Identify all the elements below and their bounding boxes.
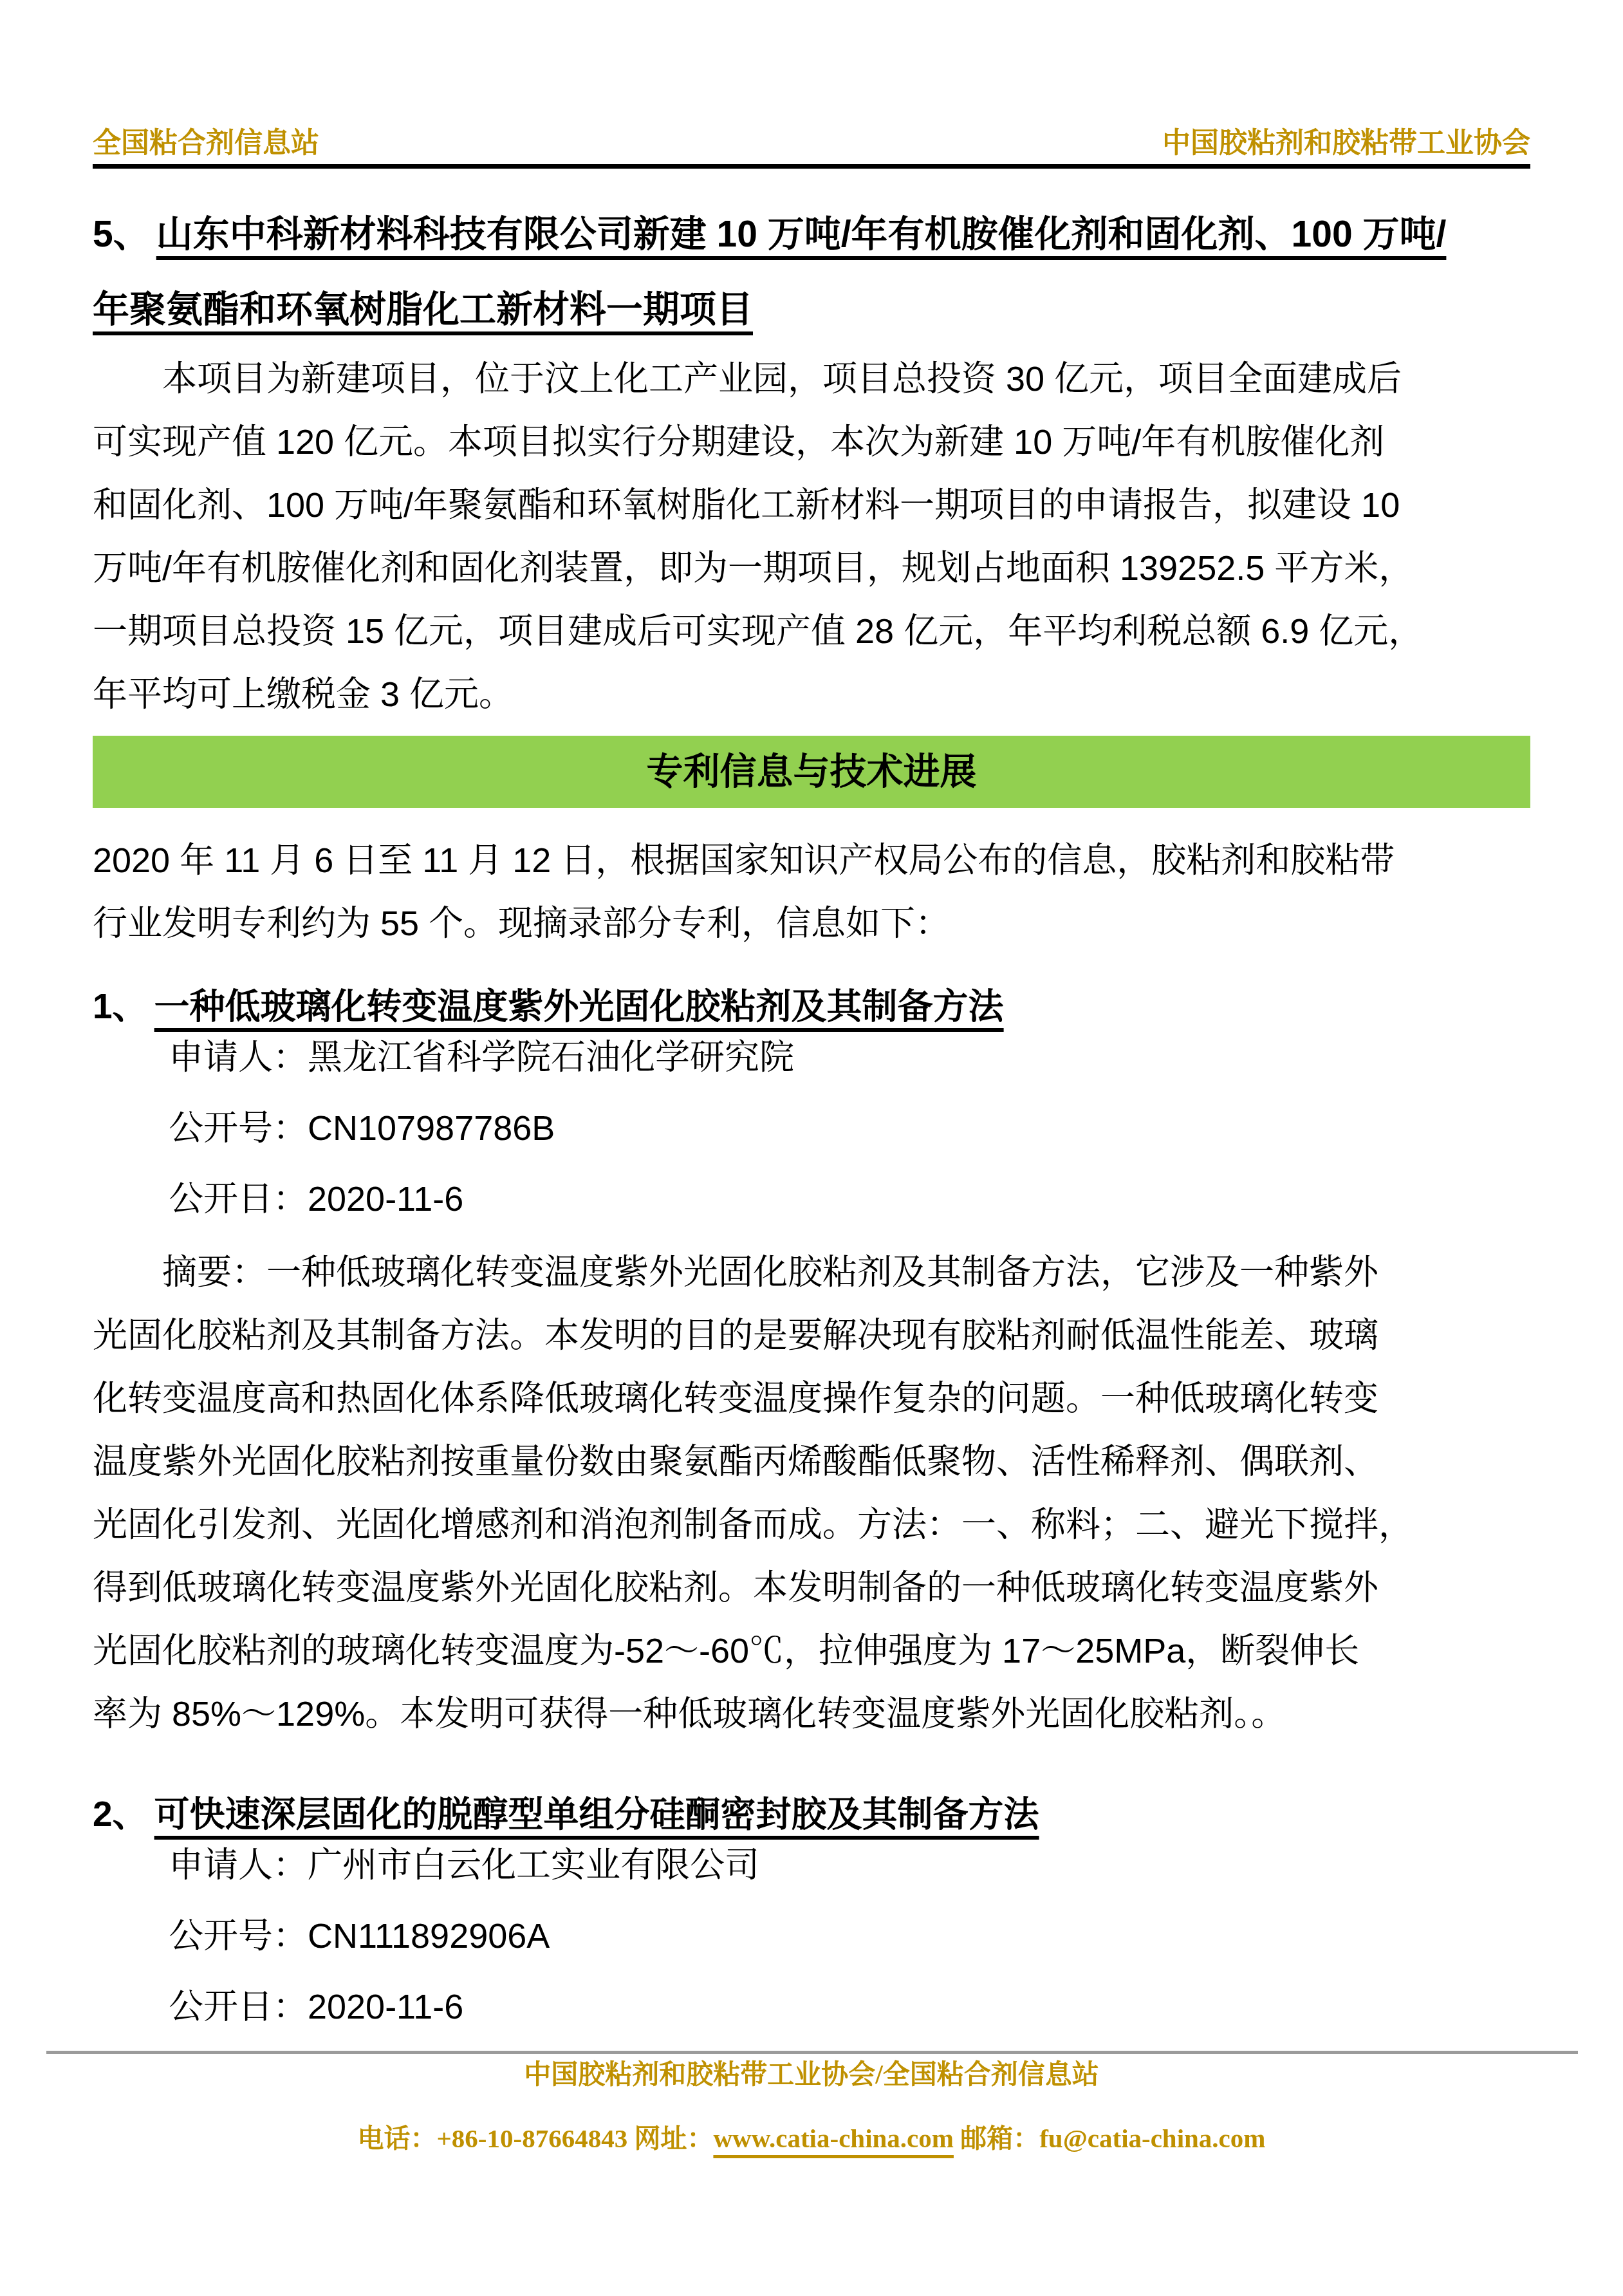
text-line: 光固化胶粘剂的玻璃化转变温度为-52～-60℃，拉伸强度为 17～25MPa，断… — [93, 1619, 1530, 1683]
section-banner: 专利信息与技术进展 — [93, 736, 1530, 808]
applicant-label: 申请人： — [169, 1846, 308, 1885]
patent1-pubno-row: 公开号：CN107987786B — [169, 1093, 1606, 1164]
patent2-title: 可快速深层固化的脱醇型单组分硅酮密封胶及其制备方法 — [154, 1794, 1039, 1834]
footer-org-line: 中国胶粘剂和胶粘带工业协会/全国粘合剂信息站 — [93, 2058, 1530, 2092]
pubno-value: CN107987786B — [308, 1109, 555, 1148]
patent2-pubno-row: 公开号：CN111892906A — [169, 1901, 1606, 1972]
section5-number: 5、 — [93, 214, 156, 255]
patent2-details: 申请人：广州市白云化工实业有限公司 公开号：CN111892906A 公开日：2… — [93, 1830, 1606, 2042]
pubdate-label: 公开日： — [169, 1180, 308, 1218]
phone-label: 电话： — [358, 2123, 437, 2153]
text-line: 得到低玻璃化转变温度紫外光固化胶粘剂。本发明制备的一种低玻璃化转变温度紫外 — [93, 1556, 1530, 1619]
patent1-number: 1、 — [93, 986, 154, 1026]
footer-contact-line: 电话：+86-10-87664843 网址：www.catia-china.co… — [93, 2122, 1530, 2155]
email-value: fu@catia-china.com — [1039, 2123, 1265, 2153]
text-line: 和固化剂、100 万吨/年聚氨酯和环氧树脂化工新材料一期项目的申请报告，拟建设 … — [93, 474, 1530, 537]
text-line: 年平均可上缴税金 3 亿元。 — [93, 663, 1530, 726]
website-label: 网址： — [634, 2123, 713, 2153]
website-link[interactable]: www.catia-china.com — [713, 2123, 954, 2153]
footer-divider — [46, 2051, 1578, 2054]
pubno-label: 公开号： — [169, 1917, 308, 1955]
pubdate-label: 公开日： — [169, 1988, 308, 2026]
document-page: 全国粘合剂信息站 中国胶粘剂和胶粘带工业协会 5、山东中科新材料科技有限公司新建… — [0, 0, 1623, 2296]
text-line: 万吨/年有机胺催化剂和固化剂装置，即为一期项目，规划占地面积 139252.5 … — [93, 537, 1530, 600]
header-right-title: 中国胶粘剂和胶粘带工业协会 — [1162, 120, 1530, 161]
header-left-title: 全国粘合剂信息站 — [93, 120, 319, 161]
applicant-value: 黑龙江省科学院石油化学研究院 — [308, 1038, 794, 1077]
pubno-label: 公开号： — [169, 1109, 308, 1148]
applicant-label: 申请人： — [169, 1038, 308, 1077]
patent1-details: 申请人：黑龙江省科学院石油化学研究院 公开号：CN107987786B 公开日：… — [93, 1022, 1606, 1235]
text-line: 行业发明专利约为 55 个。现摘录部分专利，信息如下： — [93, 892, 1530, 955]
patent2-number: 2、 — [93, 1794, 154, 1834]
patent2-applicant-row: 申请人：广州市白云化工实业有限公司 — [169, 1830, 1606, 1901]
section5-heading: 5、山东中科新材料科技有限公司新建 10 万吨/年有机胺催化剂和固化剂、100 … — [93, 197, 1530, 348]
text-line: 可实现产值 120 亿元。本项目拟实行分期建设，本次为新建 10 万吨/年有机胺… — [93, 411, 1530, 474]
text-line: 温度紫外光固化胶粘剂按重量份数由聚氨酯丙烯酸酯低聚物、活性稀释剂、偶联剂、 — [93, 1430, 1530, 1493]
text-line: 2020 年 11 月 6 日至 11 月 12 日，根据国家知识产权局公布的信… — [93, 829, 1530, 892]
text-line: 光固化引发剂、光固化增感剂和消泡剂制备而成。方法：一、称料；二、避光下搅拌， — [93, 1493, 1530, 1556]
patent1-pubdate-row: 公开日：2020-11-6 — [169, 1164, 1606, 1235]
text-line: 本项目为新建项目，位于汶上化工产业园，项目总投资 30 亿元，项目全面建成后 — [93, 348, 1530, 411]
text-line: 一期项目总投资 15 亿元，项目建成后可实现产值 28 亿元，年平均利税总额 6… — [93, 600, 1530, 663]
text-line: 摘要：一种低玻璃化转变温度紫外光固化胶粘剂及其制备方法，它涉及一种紫外 — [93, 1241, 1530, 1304]
text-line: 光固化胶粘剂及其制备方法。本发明的目的是要解决现有胶粘剂耐低温性能差、玻璃 — [93, 1304, 1530, 1367]
pubno-value: CN111892906A — [308, 1917, 550, 1955]
section5-body: 本项目为新建项目，位于汶上化工产业园，项目总投资 30 亿元，项目全面建成后可实… — [93, 348, 1530, 726]
email-label: 邮箱： — [960, 2123, 1039, 2153]
text-line: 化转变温度高和热固化体系降低玻璃化转变温度操作复杂的问题。一种低玻璃化转变 — [93, 1367, 1530, 1430]
patent1-applicant-row: 申请人：黑龙江省科学院石油化学研究院 — [169, 1022, 1606, 1093]
page-header: 全国粘合剂信息站 中国胶粘剂和胶粘带工业协会 — [93, 120, 1530, 161]
banner-title: 专利信息与技术进展 — [647, 751, 977, 792]
section5-title-line2: 年聚氨酯和环氧树脂化工新材料一期项目 — [93, 289, 753, 330]
patent1-abstract: 摘要：一种低玻璃化转变温度紫外光固化胶粘剂及其制备方法，它涉及一种紫外光固化胶粘… — [93, 1241, 1530, 1746]
pubdate-value: 2020-11-6 — [308, 1180, 463, 1218]
applicant-value: 广州市白云化工实业有限公司 — [308, 1846, 759, 1885]
patent-intro: 2020 年 11 月 6 日至 11 月 12 日，根据国家知识产权局公布的信… — [93, 829, 1530, 955]
pubdate-value: 2020-11-6 — [308, 1988, 463, 2026]
section5-title-line1: 山东中科新材料科技有限公司新建 10 万吨/年有机胺催化剂和固化剂、100 万吨… — [156, 214, 1447, 255]
patent2-pubdate-row: 公开日：2020-11-6 — [169, 1972, 1606, 2042]
header-divider — [93, 164, 1530, 169]
phone-value: +86-10-87664843 — [437, 2123, 628, 2153]
text-line: 率为 85%～129%。本发明可获得一种低玻璃化转变温度紫外光固化胶粘剂。。 — [93, 1683, 1530, 1746]
patent1-title: 一种低玻璃化转变温度紫外光固化胶粘剂及其制备方法 — [154, 986, 1004, 1026]
